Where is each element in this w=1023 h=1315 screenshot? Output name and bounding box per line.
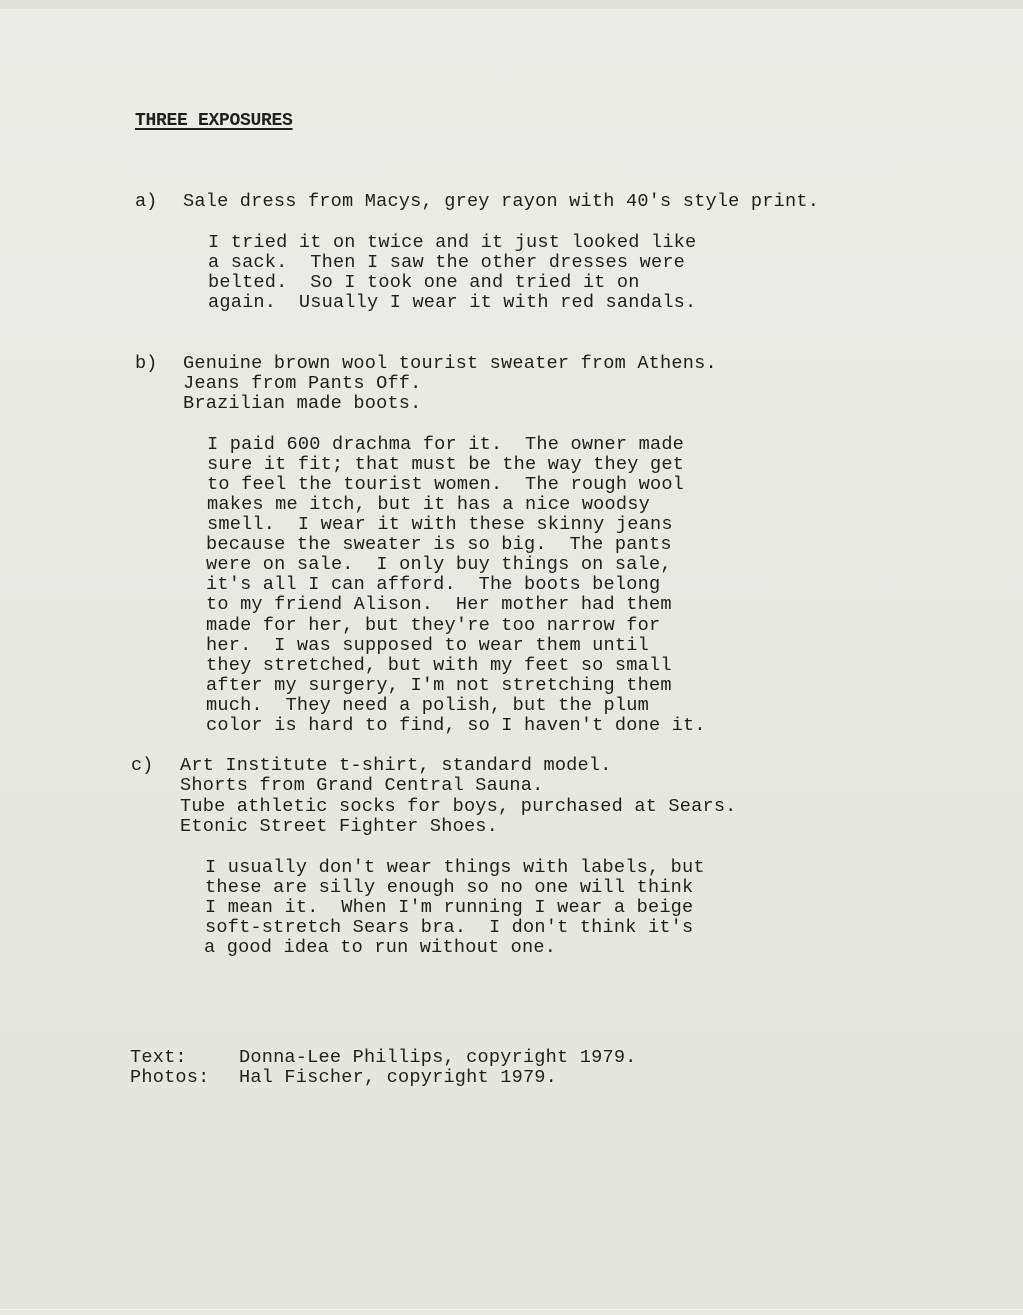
narrative-line: I paid 600 drachma for it. The owner mad… (207, 435, 684, 455)
narrative-line: a sack. Then I saw the other dresses wer… (208, 253, 685, 273)
section-marker: c) (131, 756, 153, 776)
narrative-line: soft-stretch Sears bra. I don't think it… (205, 918, 693, 938)
narrative-line: after my surgery, I'm not stretching the… (206, 676, 672, 696)
narrative-line: these are silly enough so no one will th… (205, 878, 693, 898)
narrative-line: a good idea to run without one. (204, 938, 556, 958)
clothing-item: Etonic Street Fighter Shoes. (180, 817, 498, 837)
credit-label: Photos: (130, 1068, 210, 1088)
narrative-line: because the sweater is so big. The pants (206, 535, 672, 555)
narrative-line: I usually don't wear things with labels,… (205, 858, 705, 878)
narrative-line: I mean it. When I'm running I wear a bei… (205, 898, 693, 918)
narrative-line: again. Usually I wear it with red sandal… (208, 293, 696, 313)
clothing-item: Art Institute t-shirt, standard model. (180, 756, 612, 776)
narrative-line: much. They need a polish, but the plum (206, 696, 649, 716)
clothing-item: Jeans from Pants Off. (183, 374, 422, 394)
clothing-item: Brazilian made boots. (183, 394, 422, 414)
credit-label: Text: (130, 1048, 187, 1068)
narrative-line: belted. So I took one and tried it on (208, 273, 640, 293)
narrative-line: smell. I wear it with these skinny jeans (207, 515, 673, 535)
clothing-item: Tube athletic socks for boys, purchased … (180, 797, 737, 817)
clothing-item: Sale dress from Macys, grey rayon with 4… (183, 192, 819, 212)
narrative-line: it's all I can afford. The boots belong (206, 575, 660, 595)
narrative-line: to feel the tourist women. The rough woo… (207, 475, 684, 495)
narrative-line: they stretched, but with my feet so smal… (206, 656, 672, 676)
narrative-line: sure it fit; that must be the way they g… (207, 455, 684, 475)
clothing-item: Genuine brown wool tourist sweater from … (183, 354, 717, 374)
narrative-line: color is hard to find, so I haven't done… (206, 716, 706, 736)
clothing-item: Shorts from Grand Central Sauna. (180, 776, 543, 796)
narrative-line: her. I was supposed to wear them until (206, 636, 649, 656)
credit-value: Donna-Lee Phillips, copyright 1979. (239, 1048, 637, 1068)
section-marker: a) (135, 192, 157, 212)
scan-top-edge (0, 0, 1023, 9)
page-title: THREE EXPOSURES (135, 111, 293, 131)
narrative-line: were on sale. I only buy things on sale, (206, 555, 672, 575)
narrative-line: makes me itch, but it has a nice woodsy (207, 495, 650, 515)
narrative-line: I tried it on twice and it just looked l… (208, 233, 696, 253)
credit-value: Hal Fischer, copyright 1979. (239, 1068, 557, 1088)
section-marker: b) (135, 354, 157, 374)
narrative-line: to my friend Alison. Her mother had them (206, 595, 672, 615)
narrative-line: made for her, but they're too narrow for (206, 616, 660, 636)
